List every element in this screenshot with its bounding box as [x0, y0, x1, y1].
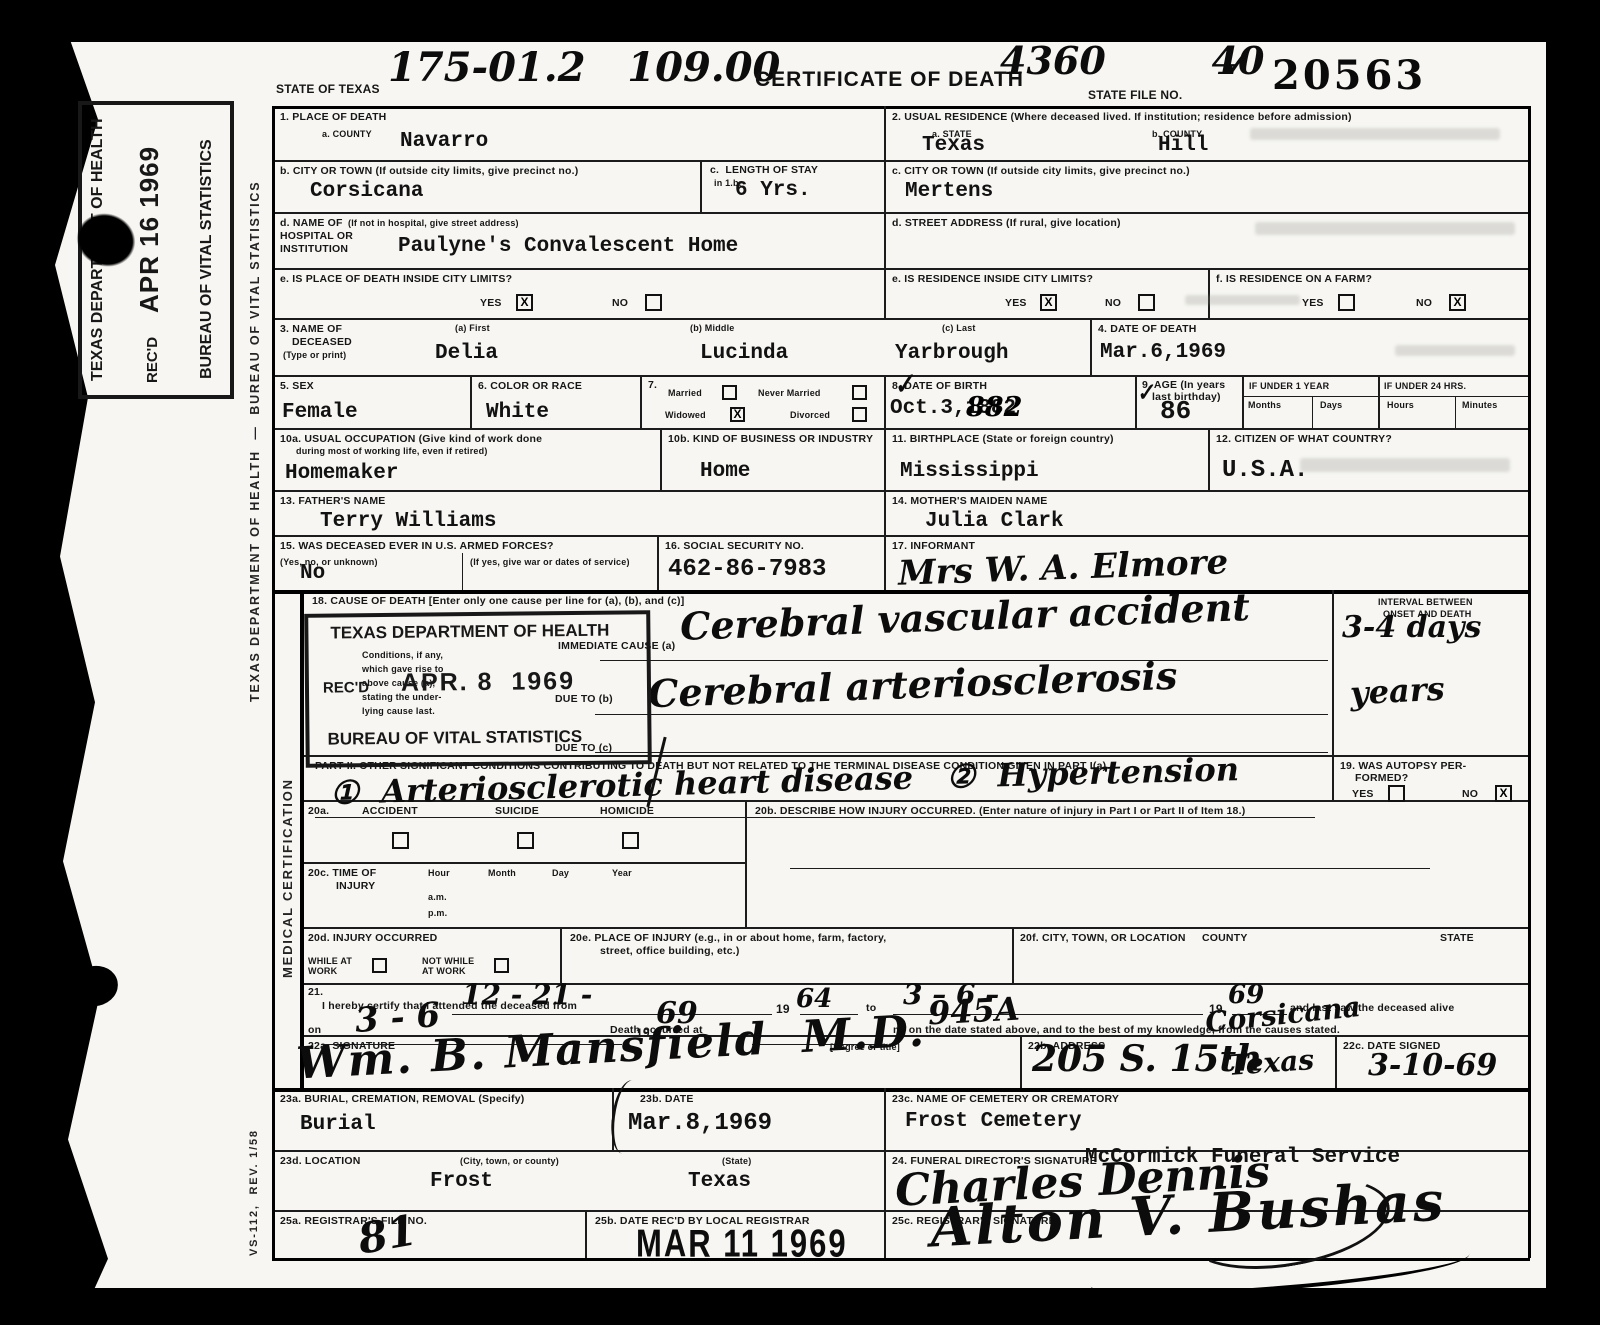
- label-injury-occurred: 20d. INJURY OCCURRED: [308, 932, 437, 944]
- handwritten-interval-a: 3-4 days: [1342, 610, 1481, 645]
- grid-line: [300, 862, 745, 864]
- value-birthplace: Mississippi: [900, 460, 1039, 483]
- value-cemetery-name: Frost Cemetery: [905, 1110, 1081, 1133]
- label-burial-cremation-removal: 23a. BURIAL, CREMATION, REMOVAL (Specify…: [280, 1093, 524, 1105]
- label-age: 9. AGE (In years: [1142, 379, 1225, 391]
- label-residence-inside-city-limits: e. IS RESIDENCE INSIDE CITY LIMITS?: [892, 273, 1093, 285]
- checkbox-residence-city-limits-no: [1138, 294, 1155, 311]
- label-homicide: HOMICIDE: [600, 805, 654, 817]
- label-never-married: Never Married: [758, 388, 821, 398]
- label-usual-residence: 2. USUAL RESIDENCE (Where deceased lived…: [892, 111, 1352, 123]
- grid-line: [884, 490, 886, 535]
- label-yes: YES: [1005, 297, 1027, 309]
- label-month: Month: [488, 868, 516, 878]
- label-burial-date: 23b. DATE: [640, 1093, 694, 1105]
- writing-line: [452, 1014, 772, 1015]
- checkmark-file-number: ✓: [1220, 46, 1250, 84]
- checkbox-widowed: X: [730, 407, 745, 422]
- grid-line: [657, 535, 659, 590]
- grid-line: [300, 927, 1530, 929]
- grid-line: [272, 106, 1530, 109]
- grid-line: [1208, 428, 1210, 490]
- writing-line: [790, 868, 1430, 869]
- checkbox-death-city-limits-yes: X: [516, 294, 533, 311]
- handwritten-year-64: 64: [796, 984, 832, 1014]
- handwritten-date-signed: 3-10-69: [1368, 1048, 1497, 1083]
- certificate-title: CERTIFICATE OF DEATH: [755, 68, 1024, 92]
- label-minutes: Minutes: [1462, 400, 1497, 410]
- grid-line: [1090, 318, 1092, 375]
- handwritten-attended-from: 12 - 21 -: [462, 978, 592, 1011]
- grid-line: [1208, 268, 1210, 318]
- label-sex: 5. SEX: [280, 380, 314, 392]
- bleed-through-mark: [1255, 222, 1515, 235]
- label-mothers-maiden-name: 14. MOTHER'S MAIDEN NAME: [892, 495, 1047, 507]
- label-day: Day: [552, 868, 569, 878]
- value-kind-of-business: Home: [700, 460, 750, 483]
- grid-line: [585, 1210, 587, 1258]
- label-on: on: [308, 1024, 321, 1036]
- label-widowed: Widowed: [665, 410, 706, 420]
- label-city-town-county: (City, town, or county): [460, 1156, 559, 1166]
- state-file-no-label: STATE FILE NO.: [1088, 88, 1182, 102]
- label-describe-injury: 20b. DESCRIBE HOW INJURY OCCURRED. (Ente…: [755, 805, 1245, 817]
- grid-line: [462, 553, 463, 590]
- scan-edge-bottom: [0, 1288, 1600, 1325]
- value-first-name: Delia: [435, 342, 498, 365]
- value-length-of-stay: 6 Yrs.: [735, 179, 811, 202]
- grid-line: [1012, 927, 1014, 983]
- checkbox-homicide: [622, 832, 639, 849]
- state-of-texas-label: STATE OF TEXAS: [276, 82, 380, 96]
- label-days: Days: [1320, 400, 1342, 410]
- label-name-of: 3. NAME OF: [280, 323, 342, 335]
- value-date-of-death: Mar.6,1969: [1100, 341, 1226, 364]
- label-hour: Hour: [428, 868, 450, 878]
- bleed-through-mark: [1300, 458, 1510, 472]
- grid-line: [884, 428, 886, 490]
- checkbox-never-married: [852, 385, 867, 400]
- stamp-bureau-text: BUREAU OF VITAL STATISTICS: [327, 727, 582, 750]
- label-hospital-paren: (If not in hospital, give street address…: [348, 218, 519, 228]
- label-residence-on-farm: f. IS RESIDENCE ON A FARM?: [1216, 273, 1372, 285]
- label-pm: p.m.: [428, 908, 447, 918]
- grid-line: [470, 375, 472, 428]
- grid-line: [745, 800, 747, 927]
- label-length-of-stay: c. LENGTH OF STAY: [710, 164, 818, 176]
- grid-line: [700, 160, 702, 212]
- label-middle-name: (b) Middle: [690, 323, 735, 333]
- bleed-through-mark: [1395, 345, 1515, 356]
- label-hospital-or: HOSPITAL OR: [280, 230, 353, 242]
- label-death-inside-city-limits: e. IS PLACE OF DEATH INSIDE CITY LIMITS?: [280, 273, 512, 285]
- grid-line: [272, 490, 1530, 492]
- date-received-stamp: MAR 11 1969: [636, 1222, 848, 1267]
- bleed-through-mark: [1185, 295, 1300, 305]
- scan-edge-top: [0, 0, 1600, 42]
- label-no: NO: [1105, 297, 1121, 309]
- label-usual-occupation-sub: during most of working life, even if ret…: [296, 446, 488, 456]
- label-no: NO: [1416, 297, 1432, 309]
- state-file-number: 20563: [1272, 52, 1426, 99]
- label-no: NO: [612, 297, 628, 309]
- stamp-bureau-text: BUREAU OF VITAL STATISTICS: [198, 139, 216, 379]
- grid-line: [272, 268, 1530, 270]
- scanned-death-certificate: TEXAS DEPARTMENT OF HEALTH REC'D APR 16 …: [0, 0, 1600, 1325]
- value-burial-date: Mar.8,1969: [628, 1110, 772, 1137]
- margin-form-number: VS-112, REV. 1/58: [248, 1129, 260, 1256]
- label-deceased: DECEASED: [292, 336, 352, 348]
- label-residence-city: c. CITY OR TOWN (If outside city limits,…: [892, 165, 1190, 177]
- checkbox-not-while-at-work: [494, 958, 509, 973]
- label-divorced: Divorced: [790, 410, 830, 420]
- value-residence-county: Hill: [1158, 134, 1208, 157]
- value-burial-state: Texas: [688, 1170, 751, 1193]
- value-middle-name: Lucinda: [700, 342, 788, 365]
- value-city-or-town: Corsicana: [310, 180, 423, 203]
- label-autopsy-2: FORMED?: [1355, 772, 1408, 784]
- grid-line: [1242, 396, 1530, 397]
- label-burial-location: 23d. LOCATION: [280, 1155, 361, 1167]
- grid-line: [272, 535, 1530, 537]
- checkbox-autopsy-yes: [1388, 785, 1405, 802]
- label-no: NO: [1462, 788, 1478, 800]
- grid-line: [1242, 375, 1244, 428]
- label-place-of-injury: 20e. PLACE OF INJURY (e.g., in or about …: [570, 932, 886, 944]
- grid-line: [884, 535, 886, 590]
- label-if-under-24-hrs: IF UNDER 24 HRS.: [1384, 381, 1466, 391]
- bleed-through-mark: [1250, 128, 1500, 140]
- label-am: a.m.: [428, 892, 447, 902]
- label-armed-forces: 15. WAS DECEASED EVER IN U.S. ARMED FORC…: [280, 540, 554, 552]
- stamp-date-text: APR. 8 1969: [401, 667, 575, 698]
- label-state-paren: (State): [722, 1156, 751, 1166]
- margin-medical-certification-text: MEDICAL CERTIFICATION: [280, 778, 295, 978]
- label-if-under-1-year: IF UNDER 1 YEAR: [1249, 381, 1329, 391]
- label-injury: INJURY: [336, 880, 375, 892]
- value-residence-state: Texas: [922, 134, 985, 157]
- checkbox-suicide: [517, 832, 534, 849]
- margin-department-text: TEXAS DEPARTMENT OF HEALTH — BUREAU OF V…: [248, 181, 262, 702]
- received-stamp-apr8: TEXAS DEPARTMENT OF HEALTH REC'D APR. 8 …: [304, 610, 652, 768]
- value-armed-forces: No: [300, 562, 325, 585]
- label-first-name: (a) First: [455, 323, 490, 333]
- label-cause-of-death: 18. CAUSE OF DEATH [Enter only one cause…: [312, 595, 684, 607]
- label-20a: 20a.: [308, 805, 329, 817]
- grid-line: [272, 106, 275, 1258]
- checkbox-married: [722, 385, 737, 400]
- grid-line: [884, 1150, 886, 1210]
- label-informant: 17. INFORMANT: [892, 540, 975, 552]
- checkbox-while-at-work: [372, 958, 387, 973]
- value-last-name: Yarbrough: [895, 342, 1008, 365]
- label-time-of-injury: 20c. TIME OF: [308, 867, 376, 879]
- label-armed-forces-sub2: (If yes, give war or dates of service): [470, 557, 630, 567]
- stamp-recd-text: REC'D: [323, 679, 369, 696]
- grid-line: [884, 106, 886, 318]
- grid-line: [272, 428, 1530, 430]
- label-place-of-injury-2: street, office building, etc.): [600, 945, 740, 957]
- label-county: a. COUNTY: [322, 129, 372, 139]
- handwritten-district-code: 175-01.2 109.00: [388, 44, 780, 91]
- label-hospital-name: d. NAME OF: [280, 217, 343, 229]
- label-not-while: NOT WHILE: [422, 956, 474, 966]
- label-last-name: (c) Last: [942, 323, 976, 333]
- grid-line: [1335, 1035, 1337, 1088]
- label-accident: ACCIDENT: [362, 805, 418, 817]
- label-cemetery-name: 23c. NAME OF CEMETERY OR CREMATORY: [892, 1093, 1119, 1105]
- grid-line: [272, 212, 1530, 214]
- label-hours: Hours: [1387, 400, 1414, 410]
- grid-line: [300, 590, 304, 1088]
- label-work: WORK: [308, 966, 337, 976]
- label-marital-item: 7.: [648, 379, 657, 391]
- value-residence-city: Mertens: [905, 180, 993, 203]
- label-yes: YES: [1302, 297, 1324, 309]
- stamp-recd-text: REC'D: [144, 337, 161, 383]
- label-21: 21.: [308, 986, 323, 998]
- label-place-of-death: 1. PLACE OF DEATH: [280, 111, 386, 123]
- grid-line: [560, 927, 562, 983]
- grid-line: [660, 428, 662, 490]
- label-armed-forces-sub1: (Yes, no, or unknown): [280, 557, 378, 567]
- label-months: Months: [1248, 400, 1281, 410]
- writing-line: [315, 817, 1315, 818]
- value-fathers-name: Terry Williams: [320, 510, 496, 533]
- value-social-security-no: 462-86-7983: [668, 556, 826, 583]
- checkbox-farm-yes: [1338, 294, 1355, 311]
- label-usual-occupation: 10a. USUAL OCCUPATION (Give kind of work…: [280, 433, 542, 445]
- grid-line: [1528, 106, 1531, 1258]
- checkbox-autopsy-no: X: [1495, 785, 1512, 802]
- label-while-at: WHILE AT: [308, 956, 352, 966]
- value-citizen: U.S.A.: [1222, 457, 1308, 484]
- value-sex: Female: [282, 401, 358, 424]
- label-city-or-town: b. CITY OR TOWN (If outside city limits,…: [280, 165, 578, 177]
- value-mothers-maiden-name: Julia Clark: [925, 510, 1064, 533]
- checkbox-residence-city-limits-yes: X: [1040, 294, 1057, 311]
- checkbox-farm-no: X: [1449, 294, 1466, 311]
- label-at-work: AT WORK: [422, 966, 466, 976]
- value-age: 86: [1160, 396, 1191, 426]
- label-citizen-of-country: 12. CITIZEN OF WHAT COUNTRY?: [1216, 433, 1392, 445]
- label-yes: YES: [480, 297, 502, 309]
- value-burial-city: Frost: [430, 1170, 493, 1193]
- scan-edge-right: [1546, 0, 1600, 1325]
- grid-line: [884, 1088, 886, 1150]
- grid-line: [1332, 590, 1334, 800]
- handwritten-address-state: Texas: [1227, 1043, 1315, 1082]
- label-street-address: d. STREET ADDRESS (If rural, give locati…: [892, 217, 1121, 229]
- value-county: Navarro: [400, 130, 488, 153]
- grid-line: [1020, 1035, 1022, 1088]
- label-fathers-name: 13. FATHER'S NAME: [280, 495, 385, 507]
- checkbox-divorced: [852, 407, 867, 422]
- checkbox-accident: [392, 832, 409, 849]
- label-city-town-location: 20f. CITY, TOWN, OR LOCATION: [1020, 932, 1186, 944]
- grid-line: [884, 375, 886, 428]
- grid-line: [640, 375, 642, 428]
- label-social-security-no: 16. SOCIAL SECURITY NO.: [665, 540, 804, 552]
- checkbox-death-city-limits-no: [645, 294, 662, 311]
- label-institution: INSTITUTION: [280, 243, 348, 255]
- handwritten-interval-b: years: [1349, 670, 1445, 713]
- label-injury-state: STATE: [1440, 932, 1474, 944]
- grid-line: [272, 1088, 1530, 1092]
- label-year: Year: [612, 868, 632, 878]
- label-birthplace: 11. BIRTHPLACE (State or foreign country…: [892, 433, 1114, 445]
- value-occupation: Homemaker: [285, 462, 398, 485]
- value-hospital-name: Paulyne's Convalescent Home: [398, 235, 738, 258]
- grid-line: [272, 318, 1530, 320]
- label-color-or-race: 6. COLOR OR RACE: [478, 380, 582, 392]
- value-color-or-race: White: [486, 401, 549, 424]
- label-interval-1: INTERVAL BETWEEN: [1378, 597, 1473, 607]
- label-date-of-death: 4. DATE OF DEATH: [1098, 323, 1196, 335]
- grid-line: [1312, 396, 1313, 428]
- label-autopsy: 19. WAS AUTOPSY PER-: [1340, 760, 1466, 772]
- grid-line: [884, 1210, 886, 1258]
- label-suicide: SUICIDE: [495, 805, 539, 817]
- handwritten-dob-retrace: 882: [966, 392, 1022, 423]
- label-injury-county: COUNTY: [1202, 932, 1248, 944]
- label-kind-of-business: 10b. KIND OF BUSINESS OR INDUSTRY: [668, 433, 873, 445]
- grid-line: [1378, 375, 1380, 428]
- grid-line: [272, 160, 1530, 162]
- handwritten-registrar-file-no: 81: [354, 1205, 420, 1263]
- label-married: Married: [668, 388, 702, 398]
- grid-line: [1455, 396, 1456, 428]
- label-type-or-print: (Type or print): [283, 350, 346, 360]
- value-burial: Burial: [300, 1113, 376, 1136]
- label-yes: YES: [1352, 788, 1374, 800]
- stamp-agency-text: TEXAS DEPARTMENT OF HEALTH: [330, 621, 609, 644]
